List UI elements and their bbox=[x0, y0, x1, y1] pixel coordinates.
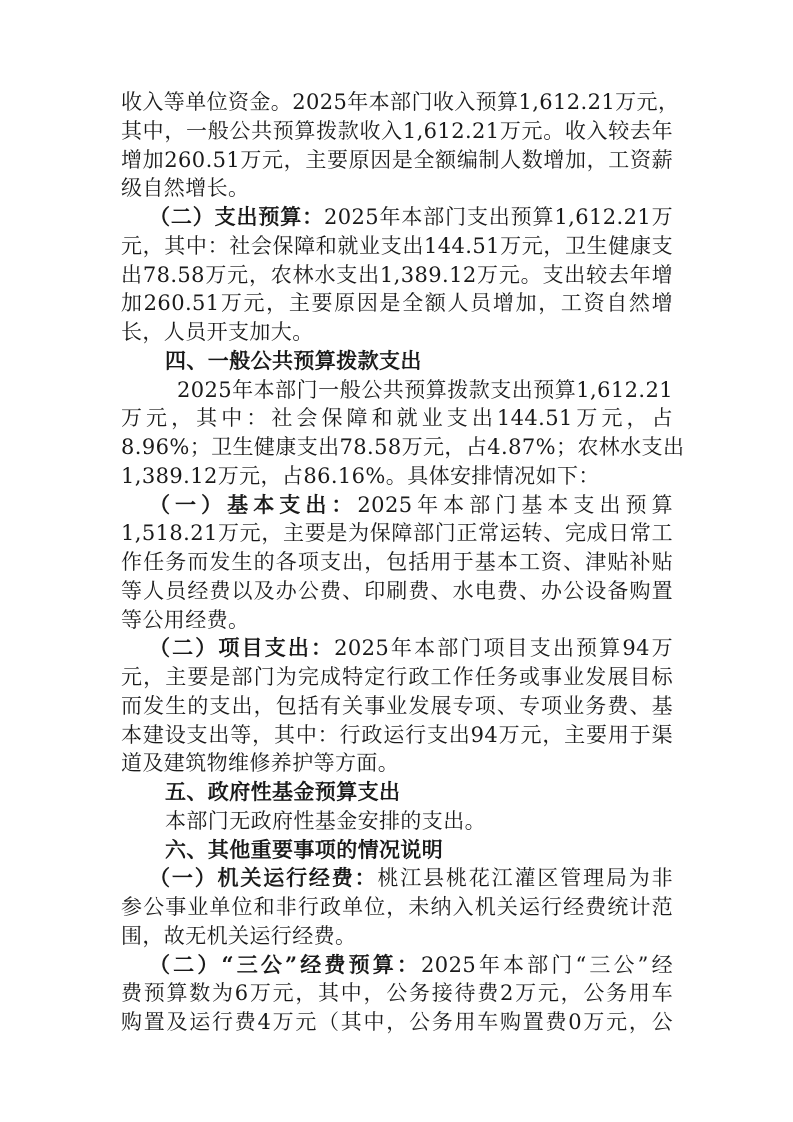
line-text: 购置及运行费4万元（其中，公务用车购置费0万元，公 bbox=[121, 1010, 673, 1034]
line-text: 级自然增长。 bbox=[121, 176, 249, 200]
section-label: （二）项目支出： bbox=[149, 635, 334, 660]
line-text: 2025年本部门“三公”经 bbox=[421, 953, 673, 977]
line-text: 增加260.51万元，主要原因是全额编制人数增加，工资薪 bbox=[121, 148, 673, 172]
line-text: 出78.58万元，农林水支出1,389.12万元。支出较去年增 bbox=[121, 263, 673, 287]
line-text: 1,518.21万元，主要是为保障部门正常运转、完成日常工 bbox=[121, 521, 673, 545]
line-text: 加260.51万元，主要原因是全额人员增加，工资自然增 bbox=[121, 291, 673, 315]
line-text: 长，人员开支加大。 bbox=[121, 320, 314, 344]
line-text: 道及建筑物维修养护等方面。 bbox=[121, 751, 399, 775]
income-paragraph-line-1: 收入等单位资金。2025年本部门收入预算1,612.21万元， bbox=[121, 88, 673, 117]
basic-expenditure-line-1: （一）基本支出：2025年本部门基本支出预算 bbox=[121, 491, 673, 520]
document-body: 收入等单位资金。2025年本部门收入预算1,612.21万元， 其中，一般公共预… bbox=[121, 88, 673, 1037]
project-expenditure-line-3: 而发生的支出，包括有关事业发展专项、专项业务费、基 bbox=[121, 692, 673, 721]
section-label: （二）“三公”经费预算： bbox=[149, 952, 421, 977]
expenditure-budget-line-1: （二）支出预算：2025年本部门支出预算1,612.21万 bbox=[121, 203, 673, 232]
basic-expenditure-line-5: 等公用经费。 bbox=[121, 606, 673, 635]
expenditure-budget-line-4: 加260.51万元，主要原因是全额人员增加，工资自然增 bbox=[121, 289, 673, 318]
income-paragraph-line-3: 增加260.51万元，主要原因是全额编制人数增加，工资薪 bbox=[121, 146, 673, 175]
line-text: 等人员经费以及办公费、印刷费、水电费、办公设备购置 bbox=[121, 579, 673, 603]
income-paragraph-line-4: 级自然增长。 bbox=[121, 174, 673, 203]
section-heading: 五、政府性基金预算支出 bbox=[165, 779, 400, 804]
line-text: 8.96%；卫生健康支出78.58万元，占4.87%；农林水支出 bbox=[121, 435, 684, 459]
line-text: 2025年本部门基本支出预算 bbox=[357, 493, 673, 517]
line-text: 费预算数为6万元，其中，公务接待费2万元，公务用车 bbox=[121, 981, 673, 1005]
operating-expenses-line-1: （一）机关运行经费：桃江县桃花江灌区管理局为非 bbox=[121, 864, 673, 893]
line-text: 本建设支出等，其中：行政运行支出94万元，主要用于渠 bbox=[121, 723, 673, 747]
line-text: 本部门无政府性基金安排的支出。 bbox=[165, 809, 486, 833]
line-text: 元，其中：社会保障和就业支出144.51万元，卫生健康支 bbox=[121, 234, 673, 258]
general-budget-line-2: 万元，其中：社会保障和就业支出144.51万元，占 bbox=[121, 404, 673, 433]
basic-expenditure-line-4: 等人员经费以及办公费、印刷费、水电费、办公设备购置 bbox=[121, 577, 673, 606]
income-paragraph-line-2: 其中，一般公共预算拨款收入1,612.21万元。收入较去年 bbox=[121, 117, 673, 146]
basic-expenditure-line-3: 作任务而发生的各项支出，包括用于基本工资、津贴补贴 bbox=[121, 548, 673, 577]
three-public-line-1: （二）“三公”经费预算：2025年本部门“三公”经 bbox=[121, 951, 673, 980]
general-budget-line-4: 1,389.12万元，占86.16%。具体安排情况如下： bbox=[121, 462, 673, 491]
expenditure-budget-line-2: 元，其中：社会保障和就业支出144.51万元，卫生健康支 bbox=[121, 232, 673, 261]
heading-government-fund: 五、政府性基金预算支出 bbox=[121, 778, 673, 807]
government-fund-line-1: 本部门无政府性基金安排的支出。 bbox=[121, 807, 673, 836]
line-text: 围，故无机关运行经费。 bbox=[121, 924, 356, 948]
project-expenditure-line-2: 元，主要是部门为完成特定行政工作任务或事业发展目标 bbox=[121, 663, 673, 692]
line-text: 桃江县桃花江灌区管理局为非 bbox=[377, 866, 673, 890]
section-label: （一）机关运行经费： bbox=[149, 865, 377, 890]
section-label: （二）支出预算： bbox=[149, 204, 324, 229]
line-text: 元，主要是部门为完成特定行政工作任务或事业发展目标 bbox=[121, 665, 673, 689]
operating-expenses-line-3: 围，故无机关运行经费。 bbox=[121, 922, 673, 951]
section-heading: 四、一般公共预算拨款支出 bbox=[165, 348, 422, 373]
line-text: 而发生的支出，包括有关事业发展专项、专项业务费、基 bbox=[121, 694, 673, 718]
line-text: 1,389.12万元，占86.16%。具体安排情况如下： bbox=[121, 464, 600, 488]
three-public-line-2: 费预算数为6万元，其中，公务接待费2万元，公务用车 bbox=[121, 979, 673, 1008]
general-budget-line-3: 8.96%；卫生健康支出78.58万元，占4.87%；农林水支出 bbox=[121, 433, 673, 462]
three-public-line-3: 购置及运行费4万元（其中，公务用车购置费0万元，公 bbox=[121, 1008, 673, 1037]
heading-general-public-budget: 四、一般公共预算拨款支出 bbox=[121, 347, 673, 376]
line-text: 等公用经费。 bbox=[121, 608, 249, 632]
project-expenditure-line-5: 道及建筑物维修养护等方面。 bbox=[121, 749, 673, 778]
expenditure-budget-line-3: 出78.58万元，农林水支出1,389.12万元。支出较去年增 bbox=[121, 261, 673, 290]
line-text: 作任务而发生的各项支出，包括用于基本工资、津贴补贴 bbox=[121, 550, 673, 574]
line-text: 2025年本部门项目支出预算94万 bbox=[334, 636, 673, 660]
general-budget-line-1: 2025年本部门一般公共预算拨款支出预算1,612.21 bbox=[121, 376, 673, 405]
line-text: 2025年本部门支出预算1,612.21万 bbox=[324, 205, 673, 229]
project-expenditure-line-1: （二）项目支出：2025年本部门项目支出预算94万 bbox=[121, 634, 673, 663]
expenditure-budget-line-5: 长，人员开支加大。 bbox=[121, 318, 673, 347]
section-label: （一）基本支出： bbox=[149, 492, 357, 517]
operating-expenses-line-2: 参公事业单位和非行政单位，未纳入机关运行经费统计范 bbox=[121, 893, 673, 922]
line-text: 其中，一般公共预算拨款收入1,612.21万元。收入较去年 bbox=[121, 119, 673, 143]
heading-other-matters: 六、其他重要事项的情况说明 bbox=[121, 836, 673, 865]
line-text: 2025年本部门一般公共预算拨款支出预算1,612.21 bbox=[177, 378, 673, 402]
section-heading: 六、其他重要事项的情况说明 bbox=[165, 837, 443, 862]
project-expenditure-line-4: 本建设支出等，其中：行政运行支出94万元，主要用于渠 bbox=[121, 721, 673, 750]
line-text: 收入等单位资金。2025年本部门收入预算1,612.21万元， bbox=[121, 90, 679, 114]
line-text: 参公事业单位和非行政单位，未纳入机关运行经费统计范 bbox=[121, 895, 673, 919]
document-page: 收入等单位资金。2025年本部门收入预算1,612.21万元， 其中，一般公共预… bbox=[0, 0, 793, 1122]
line-text: 万元，其中：社会保障和就业支出144.51万元，占 bbox=[121, 406, 673, 430]
basic-expenditure-line-2: 1,518.21万元，主要是为保障部门正常运转、完成日常工 bbox=[121, 519, 673, 548]
